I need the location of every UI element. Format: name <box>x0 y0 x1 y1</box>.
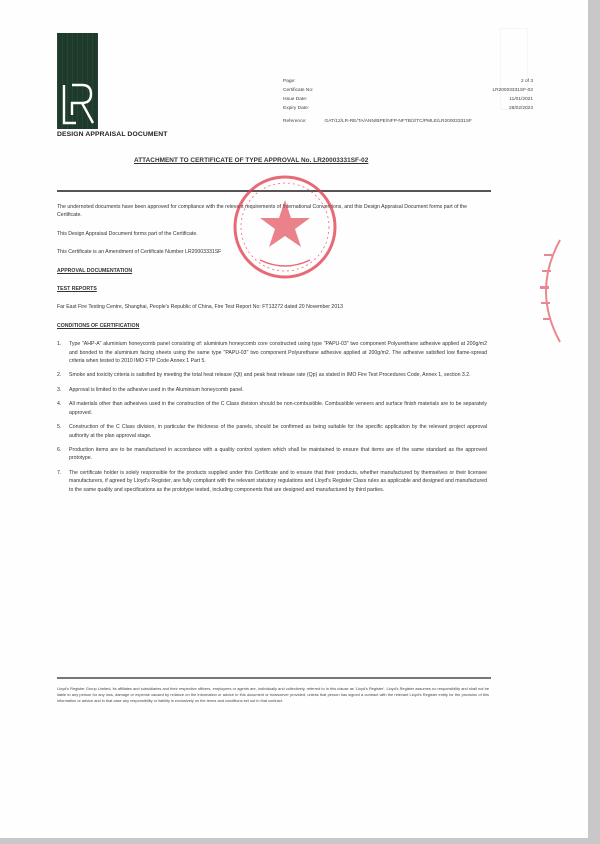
condition-item: 5.Construction of the C Class division, … <box>57 423 487 440</box>
meta-row-page: Page: 2 of 3 <box>283 77 533 86</box>
condition-item: 6.Production items are to be manufacture… <box>57 446 487 463</box>
condition-text: Production items are to be manufactured … <box>69 446 487 463</box>
red-side-stamp-icon <box>528 236 568 346</box>
condition-item: 3.Approval is limited to the adhesive us… <box>57 386 487 394</box>
condition-number: 7. <box>57 469 69 494</box>
section-heading-test-reports: TEST REPORTS <box>57 285 487 293</box>
meta-label: Issue Date: <box>283 95 307 104</box>
conditions-list: 1.Type "AHP-A" aluminium honeycomb panel… <box>57 340 487 494</box>
meta-value: 11/01/2021 <box>509 95 533 104</box>
legal-disclaimer: Lloyd's Register Group Limited, its affi… <box>57 686 489 704</box>
meta-row-certificate-no: Certificate No: LR20003331SF-02 <box>283 86 533 95</box>
condition-item: 1.Type "AHP-A" aluminium honeycomb panel… <box>57 340 487 365</box>
meta-label: Certificate No: <box>283 86 313 95</box>
footer-divider <box>57 677 491 679</box>
meta-value: GAT/12/LR-RE/TA/ANN/BPE/NFP-NFTB/2/TC/PM… <box>306 117 533 126</box>
intro-paragraph: The undernoted documents have been appro… <box>57 203 487 220</box>
condition-text: All materials other than adhesives used … <box>69 400 487 417</box>
condition-text: Type "AHP-A" aluminium honeycomb panel c… <box>69 340 487 365</box>
meta-row-reference: Reference: GAT/12/LR-RE/TA/ANN/BPE/NFP-N… <box>283 117 533 126</box>
condition-item: 2.Smoke and toxicity criteria is satisfi… <box>57 371 487 379</box>
meta-row-issue-date: Issue Date: 11/01/2021 <box>283 95 533 104</box>
condition-text: Approval is limited to the adhesive used… <box>69 386 487 394</box>
header-divider <box>57 190 491 192</box>
certificate-meta: Page: 2 of 3 Certificate No: LR20003331S… <box>283 77 533 126</box>
meta-label: Page: <box>283 77 296 86</box>
condition-item: 4.All materials other than adhesives use… <box>57 400 487 417</box>
condition-text: Smoke and toxicity criteria is satisfied… <box>69 371 487 379</box>
lr-logo <box>57 33 98 129</box>
condition-number: 4. <box>57 400 69 417</box>
test-report-text: Far East Fire Testing Centre, Shanghai, … <box>57 303 487 311</box>
meta-label: Expiry Date: <box>283 104 309 113</box>
attachment-title: ATTACHMENT TO CERTIFICATE OF TYPE APPROV… <box>134 157 368 164</box>
meta-label: Reference: <box>283 117 306 126</box>
lr-monogram-icon <box>60 83 96 127</box>
condition-number: 2. <box>57 371 69 379</box>
condition-number: 6. <box>57 446 69 463</box>
condition-text: The certificate holder is solely respons… <box>69 469 487 494</box>
condition-text: Construction of the C Class division, in… <box>69 423 487 440</box>
condition-item: 7.The certificate holder is solely respo… <box>57 469 487 494</box>
meta-row-expiry-date: Expiry Date: 28/02/2023 <box>283 104 533 113</box>
document-body: The undernoted documents have been appro… <box>57 203 487 500</box>
condition-number: 1. <box>57 340 69 365</box>
meta-value: 2 of 3 <box>521 77 533 86</box>
meta-value: LR20003331SF-02 <box>492 86 533 95</box>
intro-paragraph: This Certificate is an Amendment of Cert… <box>57 248 487 256</box>
meta-value: 28/02/2023 <box>509 104 533 113</box>
document-type-label: DESIGN APPRAISAL DOCUMENT <box>57 131 168 138</box>
document-page: DESIGN APPRAISAL DOCUMENT Page: 2 of 3 C… <box>0 0 588 838</box>
section-heading-approval-documentation: APPROVAL DOCUMENTATION <box>57 267 487 275</box>
condition-number: 5. <box>57 423 69 440</box>
section-heading-conditions: CONDITIONS OF CERTIFICATION <box>57 322 487 330</box>
condition-number: 3. <box>57 386 69 394</box>
intro-paragraph: This Design Appraisal Document forms par… <box>57 230 487 238</box>
